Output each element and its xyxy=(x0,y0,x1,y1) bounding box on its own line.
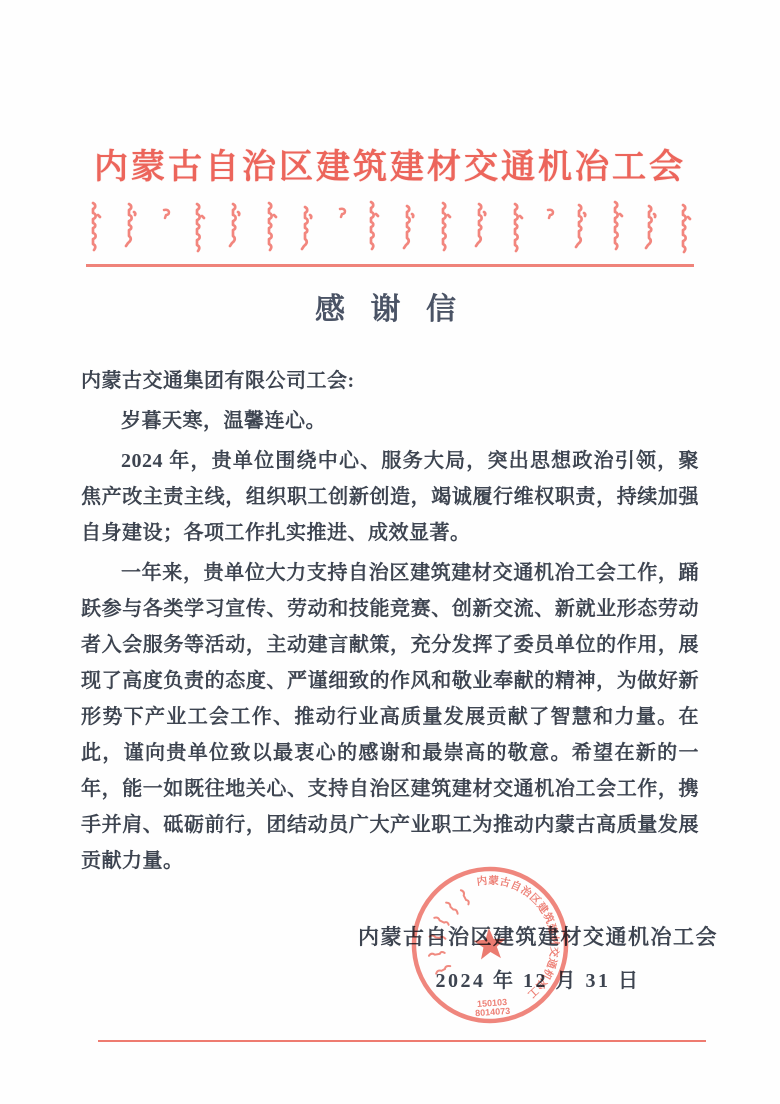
letterhead-divider xyxy=(86,264,694,267)
signature-block: 内蒙古自治区建筑建材交通机冶工会 2024 年 12 月 31 日 xyxy=(0,921,780,993)
salutation: 内蒙古交通集团有限公司工会: xyxy=(81,363,699,399)
paragraph-review: 2024 年，贵单位围绕中心、服务大局，突出思想政治引领，聚焦产改主责主线，组织… xyxy=(81,443,699,551)
signature-date: 2024 年 12 月 31 日 xyxy=(358,964,718,993)
seal-number-top: 150103 xyxy=(477,997,508,1009)
footer-divider xyxy=(98,1040,706,1042)
letterhead-org-title: 内蒙古自治区建筑建材交通机冶工会 xyxy=(0,144,780,190)
signature-org: 内蒙古自治区建筑建材交通机冶工会 xyxy=(358,921,718,951)
letterhead: 内蒙古自治区建筑建材交通机冶工会 xyxy=(0,144,780,267)
paragraph-greeting: 岁暮天寒，温馨连心。 xyxy=(81,403,699,439)
mongolian-script-row-icon xyxy=(82,200,698,258)
seal-number-bottom: 8014073 xyxy=(475,1006,511,1018)
letter-title: 感 谢 信 xyxy=(0,289,780,331)
paragraph-thanks: 一年来，贵单位大力支持自治区建筑建材交通机冶工会工作，踊跃参与各类学习宣传、劳动… xyxy=(81,555,699,879)
letter-body: 内蒙古交通集团有限公司工会: 岁暮天寒，温馨连心。 2024 年，贵单位围绕中心… xyxy=(81,363,699,879)
letter-page: 内蒙古自治区建筑建材交通机冶工会 xyxy=(0,0,780,1104)
